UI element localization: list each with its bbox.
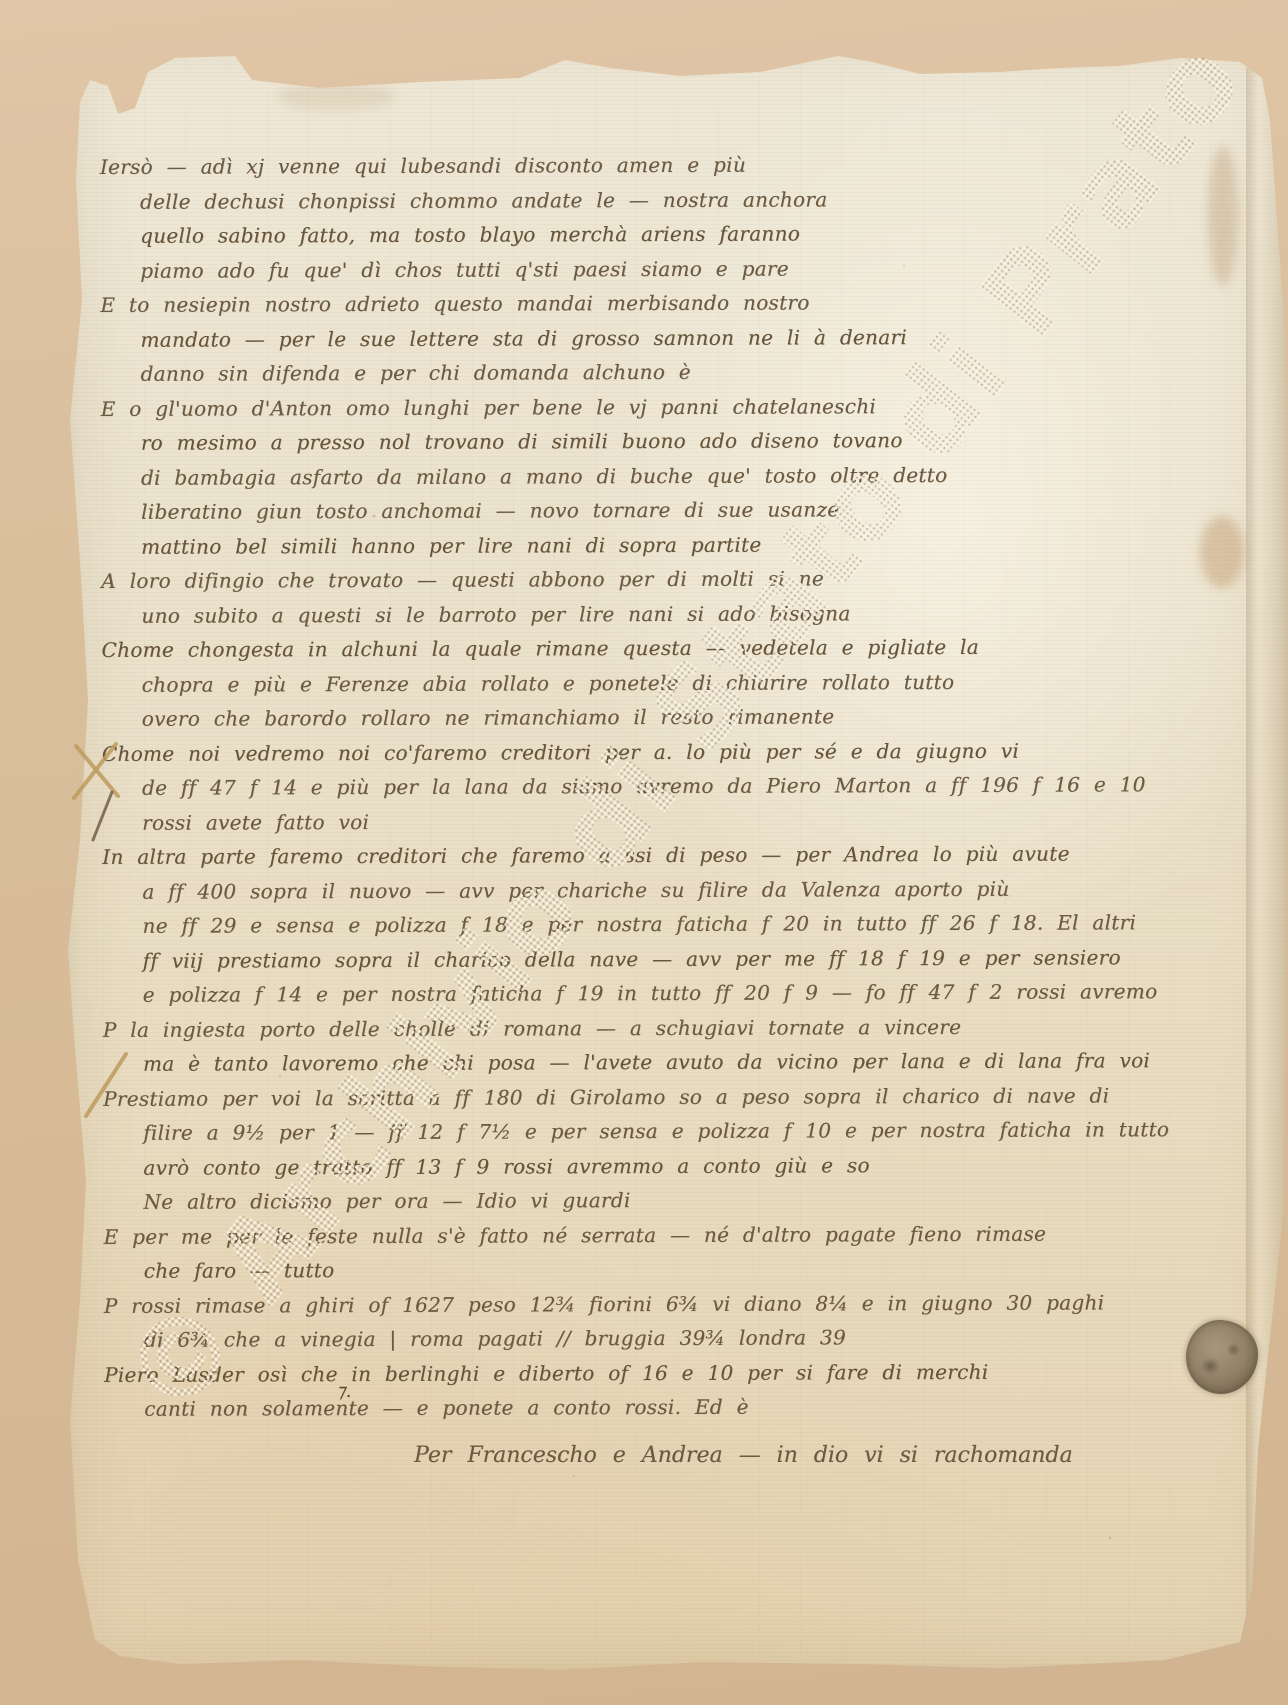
manuscript-line: ff viij prestiamo sopra il charico della… xyxy=(103,940,1213,978)
manuscript-line: quello sabino fatto, ma tosto blayo merc… xyxy=(100,215,1210,253)
margin-slash-mark xyxy=(88,788,118,844)
manuscript-line: Piero Lasder osì che in berlinghi e dibe… xyxy=(104,1354,1214,1392)
manuscript-line: ma è tanto lavoremo che chi posa — l'ave… xyxy=(103,1043,1213,1081)
manuscript-line: filire a 9½ per 1 — ff 12 f 7½ e per sen… xyxy=(103,1112,1213,1150)
manuscript-line: avrò conto ge tratto ff 13 f 9 rossi avr… xyxy=(103,1147,1213,1185)
manuscript-line: danno sin difenda e per chi domanda alch… xyxy=(100,353,1210,391)
manuscript-line: di bambagia asfarto da milano a mano di … xyxy=(101,457,1211,495)
manuscript-line: Chome noi vedremo noi co'faremo creditor… xyxy=(102,733,1212,771)
manuscript-line: uno subito a questi si le barroto per li… xyxy=(101,595,1211,633)
text-block: Iersò — adì xj venne qui lubesandi disco… xyxy=(100,146,1214,1426)
manuscript-line: a ff 400 sopra il nuovo — avv per charic… xyxy=(102,871,1212,909)
manuscript-line: rossi avete fatto voi xyxy=(102,802,1212,840)
manuscript-line: di 6¾ che a vinegia | roma pagati // bru… xyxy=(104,1319,1214,1357)
manuscript-line: piamo ado fu que' dì chos tutti q'sti pa… xyxy=(100,250,1210,288)
margin-ochre-slash-mark xyxy=(80,1048,132,1122)
manuscript-line: liberatino giun tosto anchomai — novo to… xyxy=(101,491,1211,529)
manuscript-line: ro mesimo a presso nol trovano di simili… xyxy=(101,422,1211,460)
manuscript-line: canti non solamente — e ponete a conto r… xyxy=(104,1388,1214,1426)
manuscript-line: che faro — tutto xyxy=(104,1250,1214,1288)
manuscript-line: e polizza f 14 e per nostra faticha f 19… xyxy=(103,974,1213,1012)
stray-ink-mark: ⁊. xyxy=(336,1380,351,1402)
signature-line: Per Francescho e Andrea — in dio vi si r… xyxy=(414,1436,1073,1476)
manuscript-line: Iersò — adì xj venne qui lubesandi disco… xyxy=(100,146,1210,184)
manuscript-paper-sheet: Iersò — adì xj venne qui lubesandi disco… xyxy=(62,28,1288,1676)
manuscript-line: delle dechusi chonpissi chommo andate le… xyxy=(100,181,1210,219)
manuscript-line: overo che barordo rollaro ne rimanchiamo… xyxy=(102,698,1212,736)
manuscript-line: de ff 47 f 14 e più per la lana da siamo… xyxy=(102,767,1212,805)
manuscript-line: ne ff 29 e sensa e polizza f 18 e per no… xyxy=(102,905,1212,943)
manuscript-line: In altra parte faremo creditori che fare… xyxy=(102,836,1212,874)
manuscript-line: E per me per le feste nulla s'è fatto né… xyxy=(104,1216,1214,1254)
manuscript-line: mattino bel simili hanno per lire nani d… xyxy=(101,526,1211,564)
manuscript-line: E to nesiepin nostro adrieto questo mand… xyxy=(100,284,1210,322)
manuscript-line: Prestiamo per voi la scritta a ff 180 di… xyxy=(103,1078,1213,1116)
manuscript-line: chopra e più e Ferenze abia rollato e po… xyxy=(102,664,1212,702)
manuscript-line: mandato — per le sue lettere sta di gros… xyxy=(100,319,1210,357)
manuscript-line: P la ingiesta porto delle cholle di roma… xyxy=(103,1009,1213,1047)
manuscript-line: P rossi rimase a ghiri of 1627 peso 12¾ … xyxy=(104,1285,1214,1323)
manuscript-line: Ne altro diciamo per ora — Idio vi guard… xyxy=(103,1181,1213,1219)
manuscript-line: Chome chongesta in alchuni la quale rima… xyxy=(101,629,1211,667)
manuscript-line: E o gl'uomo d'Anton omo lunghi per bene … xyxy=(101,388,1211,426)
manuscript-line: A loro difingio che trovato — questi abb… xyxy=(101,560,1211,598)
